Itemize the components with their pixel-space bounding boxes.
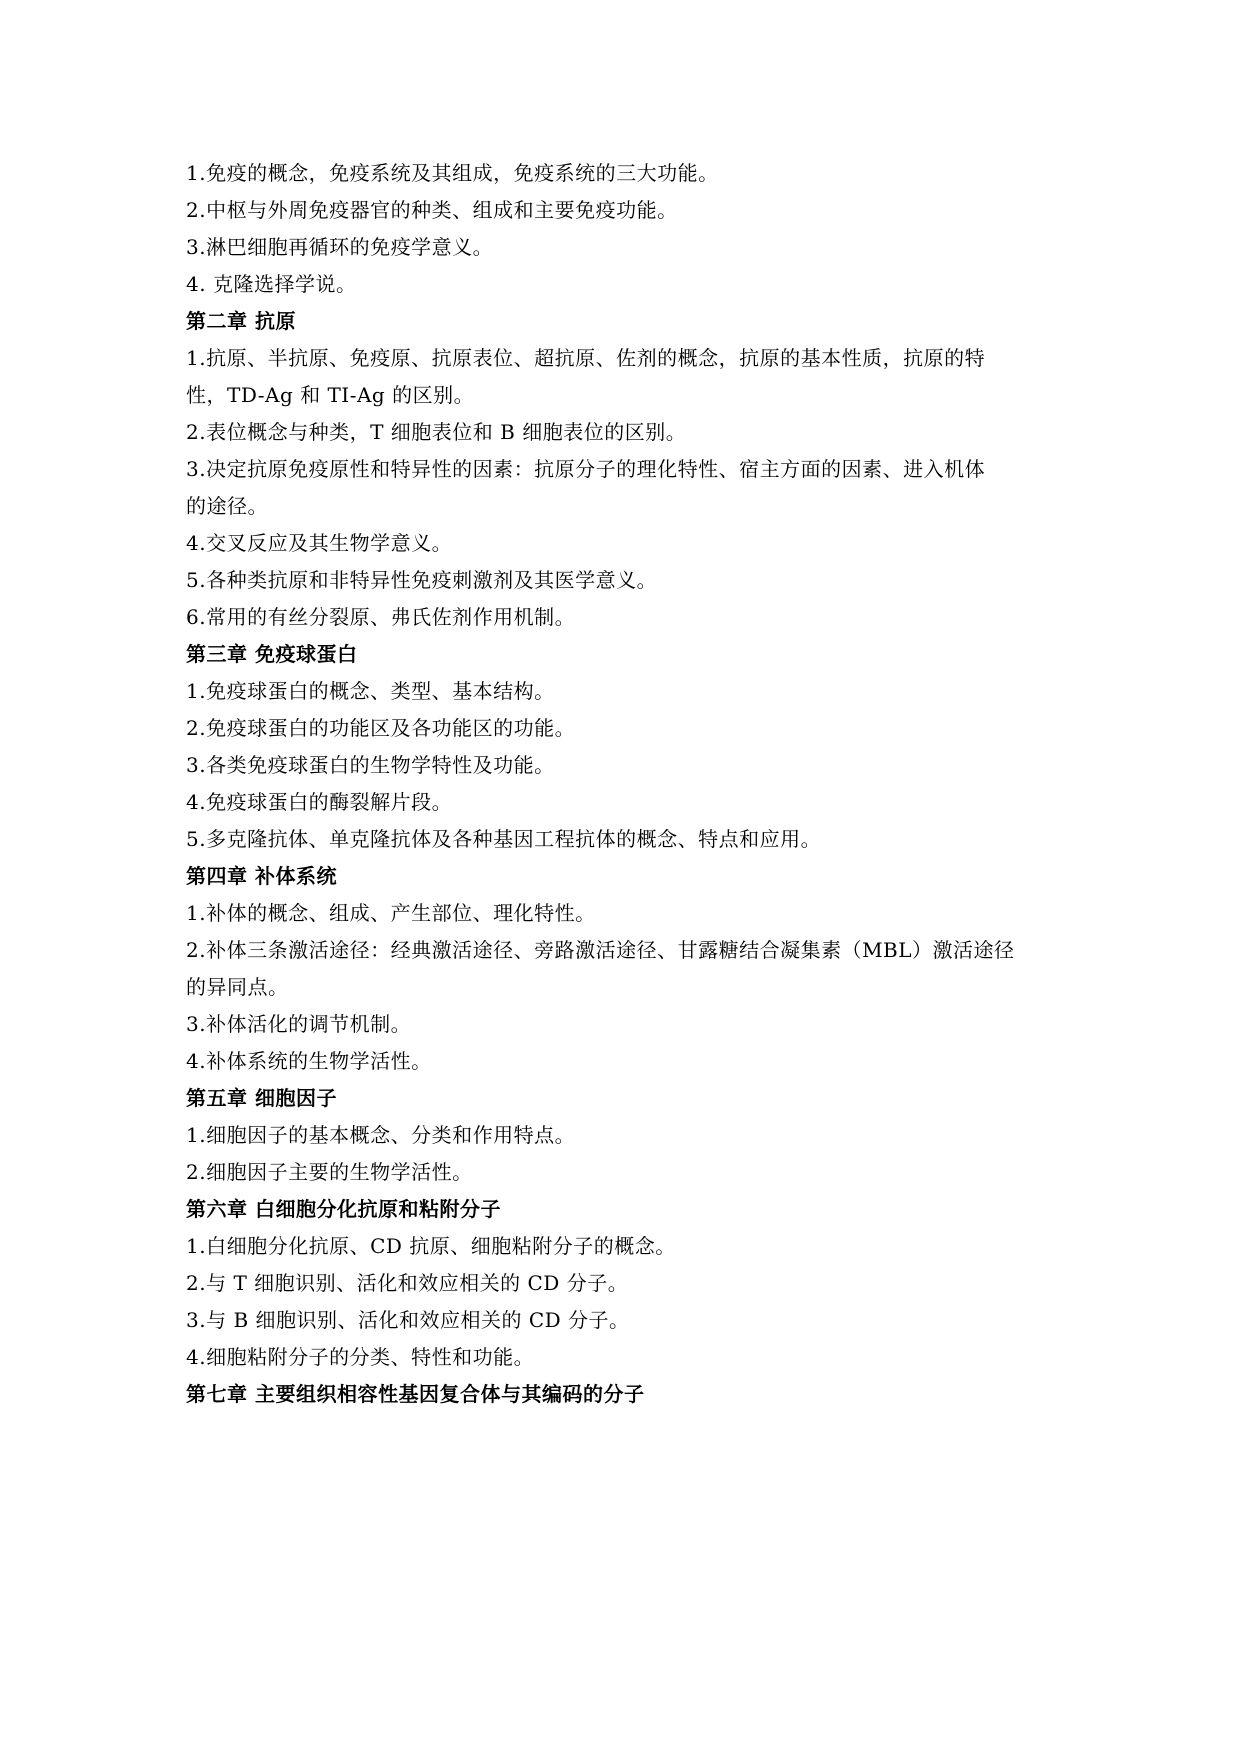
list-item: 1.抗原、半抗原、免疫原、抗原表位、超抗原、佐剂的概念，抗原的基本性质，抗原的特: [186, 340, 1046, 377]
chapter-heading: 第五章 细胞因子: [186, 1080, 1046, 1117]
list-item: 4.补体系统的生物学活性。: [186, 1043, 1046, 1080]
list-item: 2.与 T 细胞识别、活化和效应相关的 CD 分子。: [186, 1265, 1046, 1302]
list-item: 3.各类免疫球蛋白的生物学特性及功能。: [186, 747, 1046, 784]
list-item-continuation: 性，TD-Ag 和 TI-Ag 的区别。: [186, 377, 1046, 414]
list-item: 3.决定抗原免疫原性和特异性的因素：抗原分子的理化特性、宿主方面的因素、进入机体: [186, 451, 1046, 488]
list-item: 1.免疫球蛋白的概念、类型、基本结构。: [186, 673, 1046, 710]
list-item: 4.交叉反应及其生物学意义。: [186, 525, 1046, 562]
list-item: 4. 克隆选择学说。: [186, 266, 1046, 303]
list-item: 2.表位概念与种类，T 细胞表位和 B 细胞表位的区别。: [186, 414, 1046, 451]
list-item: 6.常用的有丝分裂原、弗氏佐剂作用机制。: [186, 599, 1046, 636]
list-item: 3.与 B 细胞识别、活化和效应相关的 CD 分子。: [186, 1302, 1046, 1339]
list-item: 1.免疫的概念，免疫系统及其组成，免疫系统的三大功能。: [186, 155, 1046, 192]
list-item: 3.补体活化的调节机制。: [186, 1006, 1046, 1043]
list-item: 2.细胞因子主要的生物学活性。: [186, 1154, 1046, 1191]
chapter-heading: 第六章 白细胞分化抗原和粘附分子: [186, 1191, 1046, 1228]
chapter-heading: 第七章 主要组织相容性基因复合体与其编码的分子: [186, 1376, 1046, 1413]
chapter-heading: 第二章 抗原: [186, 303, 1046, 340]
list-item: 5.多克隆抗体、单克隆抗体及各种基因工程抗体的概念、特点和应用。: [186, 821, 1046, 858]
list-item: 1.白细胞分化抗原、CD 抗原、细胞粘附分子的概念。: [186, 1228, 1046, 1265]
list-item: 3.淋巴细胞再循环的免疫学意义。: [186, 229, 1046, 266]
document-page: 1.免疫的概念，免疫系统及其组成，免疫系统的三大功能。 2.中枢与外周免疫器官的…: [186, 155, 1046, 1413]
list-item: 2.中枢与外周免疫器官的种类、组成和主要免疫功能。: [186, 192, 1046, 229]
chapter-heading: 第四章 补体系统: [186, 858, 1046, 895]
list-item: 5.各种类抗原和非特异性免疫刺激剂及其医学意义。: [186, 562, 1046, 599]
list-item: 2.补体三条激活途径：经典激活途径、旁路激活途径、甘露糖结合凝集素（MBL）激活…: [186, 932, 1046, 969]
list-item: 4.免疫球蛋白的酶裂解片段。: [186, 784, 1046, 821]
list-item: 2.免疫球蛋白的功能区及各功能区的功能。: [186, 710, 1046, 747]
list-item: 1.细胞因子的基本概念、分类和作用特点。: [186, 1117, 1046, 1154]
list-item: 1.补体的概念、组成、产生部位、理化特性。: [186, 895, 1046, 932]
list-item-continuation: 的途径。: [186, 488, 1046, 525]
chapter-heading: 第三章 免疫球蛋白: [186, 636, 1046, 673]
list-item-continuation: 的异同点。: [186, 969, 1046, 1006]
list-item: 4.细胞粘附分子的分类、特性和功能。: [186, 1339, 1046, 1376]
